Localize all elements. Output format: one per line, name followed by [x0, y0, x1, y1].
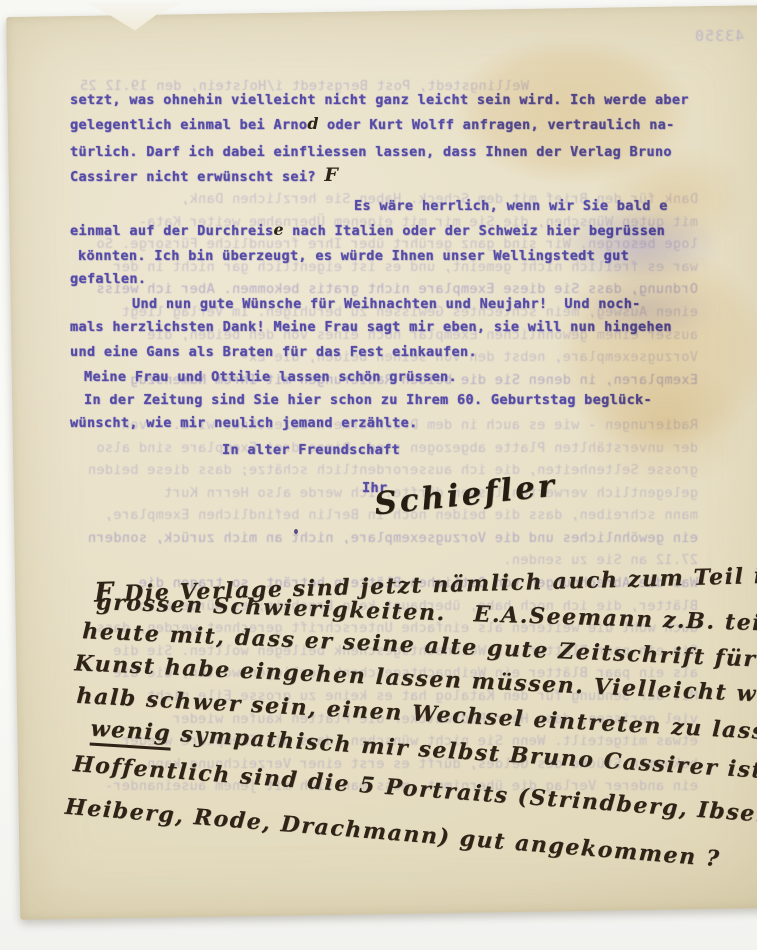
bleedthrough-line: ein gewöhnliches und die Vorzugsexemplar…	[42, 527, 698, 550]
bleedthrough-line: mann schreiben, dass die beiden noch in …	[42, 504, 698, 527]
typed-line: gelegentlich einmal bei Arnod oder Kurt …	[70, 112, 738, 137]
typed-line: setzt, was ohnehin vielleicht nicht ganz…	[70, 89, 738, 112]
typed-line: einmal auf der Durchreise nach Italien o…	[70, 218, 738, 243]
scan-backdrop: Wellingstedt, Post Bergstedt i/Holstein,…	[0, 0, 757, 950]
handwritten-insert: e	[273, 220, 283, 239]
handwritten-insert: d	[307, 114, 318, 133]
typed-line: In der Zeitung sind Sie hier schon zu Ih…	[84, 389, 738, 412]
typed-line: Cassirer nicht erwünscht sei? F	[70, 164, 738, 189]
typed-line: gefallen.	[70, 268, 738, 291]
archive-number-mirrored: 43350	[694, 27, 744, 45]
typed-line: Es wäre herrlich, wenn wir Sie bald e	[354, 195, 738, 218]
typed-line: Und nun gute Wünsche für Weihnachten und…	[132, 293, 738, 316]
typed-line: könnten. Ich bin überzeugt, es würde Ihn…	[78, 245, 738, 268]
typed-line: mals herzlichsten Dank! Meine Frau sagt …	[70, 316, 738, 339]
typed-text-layer: setzt, was ohnehin vielleicht nicht ganz…	[70, 89, 738, 500]
typed-line: türlich. Darf ich dabei einfliessen lass…	[70, 141, 738, 164]
letter-paper: Wellingstedt, Post Bergstedt i/Holstein,…	[6, 5, 757, 920]
handwritten-footnote-layer: F Die Verlage sind jetzt nämlich auch zu…	[64, 565, 757, 885]
paper-tear	[84, 2, 186, 32]
underlined-word: wenig	[90, 716, 172, 751]
typed-line: und eine Gans als Braten für das Fest ei…	[70, 341, 738, 364]
typed-line: In alter Freundschaft	[222, 439, 738, 462]
ink-dot	[294, 529, 298, 534]
paper-content: Wellingstedt, Post Bergstedt i/Holstein,…	[6, 5, 757, 908]
typed-line: wünscht, wie mir neulich jemand erzählte…	[70, 412, 738, 435]
typed-line: Meine Frau und Ottilie lassen schön grüs…	[84, 366, 738, 389]
handwritten-insert: F	[324, 164, 338, 186]
